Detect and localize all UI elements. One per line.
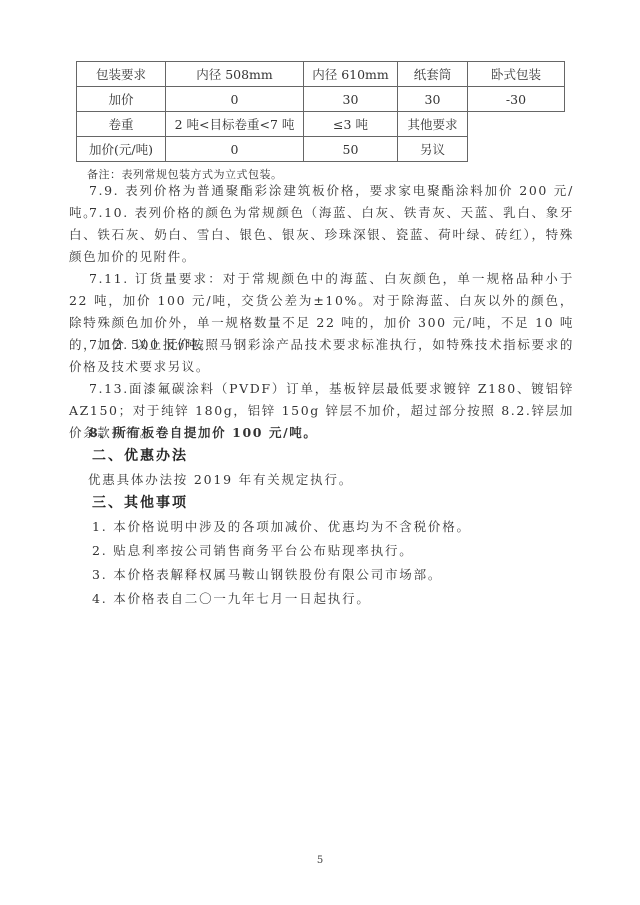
list-item: 2. 贴息利率按公司销售商务平台公布贴现率执行。 [92,541,414,559]
table-row: 卷重 2 吨<目标卷重<7 吨 ≤3 吨 其他要求 [77,112,565,137]
clause-7-10: 7.10. 表列价格的颜色为常规颜色（海蓝、白灰、铁青灰、天蓝、乳白、象牙白、铁… [69,202,574,268]
table-cell: 加价(元/吨) [77,137,166,162]
table-cell: 包装要求 [77,62,166,87]
table-cell: 0 [166,137,304,162]
table-cell: 加价 [77,87,166,112]
clause-text: 8、所有板卷自提加价 100 元/吨。 [89,425,317,440]
table-cell: -30 [468,87,565,112]
table-cell: 纸套筒 [398,62,468,87]
table-cell: 0 [166,87,304,112]
clause-8: 8、所有板卷自提加价 100 元/吨。 [69,422,574,444]
table-cell: 2 吨<目标卷重<7 吨 [166,112,304,137]
table-cell: 卧式包装 [468,62,565,87]
document-page: 包装要求 内径 508mm 内径 610mm 纸套筒 卧式包装 加价 0 30 … [0,0,640,905]
discount-text: 优惠具体办法按 2019 年有关规定执行。 [88,470,353,488]
table-cell: 另议 [398,137,468,162]
table-cell: 内径 508mm [166,62,304,87]
table-cell: 30 [304,87,398,112]
table-row: 加价 0 30 30 -30 [77,87,565,112]
table-cell: 其他要求 [398,112,468,137]
section-heading-other: 三、其他事项 [92,492,188,512]
list-item: 1. 本价格说明中涉及的各项加减价、优惠均为不含税价格。 [92,517,471,535]
list-item: 4. 本价格表自二〇一九年七月一日起执行。 [92,589,371,607]
table-row: 包装要求 内径 508mm 内径 610mm 纸套筒 卧式包装 [77,62,565,87]
clause-text: 7.12. 以上报价按照马钢彩涂产品技术要求标准执行，如特殊技术指标要求的价格及… [69,337,574,374]
clause-text: 7.10. 表列价格的颜色为常规颜色（海蓝、白灰、铁青灰、天蓝、乳白、象牙白、铁… [69,205,574,264]
table-cell: 卷重 [77,112,166,137]
table-cell-empty [468,112,565,137]
section-heading-discount: 二、优惠办法 [92,445,188,465]
list-item: 3. 本价格表解释权属马鞍山钢铁股份有限公司市场部。 [92,565,442,583]
page-number: 5 [0,855,640,866]
table-cell: 内径 610mm [304,62,398,87]
table-cell: ≤3 吨 [304,112,398,137]
table-cell-empty [468,137,565,162]
clause-7-12: 7.12. 以上报价按照马钢彩涂产品技术要求标准执行，如特殊技术指标要求的价格及… [69,334,574,378]
packaging-price-table: 包装要求 内径 508mm 内径 610mm 纸套筒 卧式包装 加价 0 30 … [76,61,565,162]
table-cell: 50 [304,137,398,162]
table-cell: 30 [398,87,468,112]
table-row: 加价(元/吨) 0 50 另议 [77,137,565,162]
